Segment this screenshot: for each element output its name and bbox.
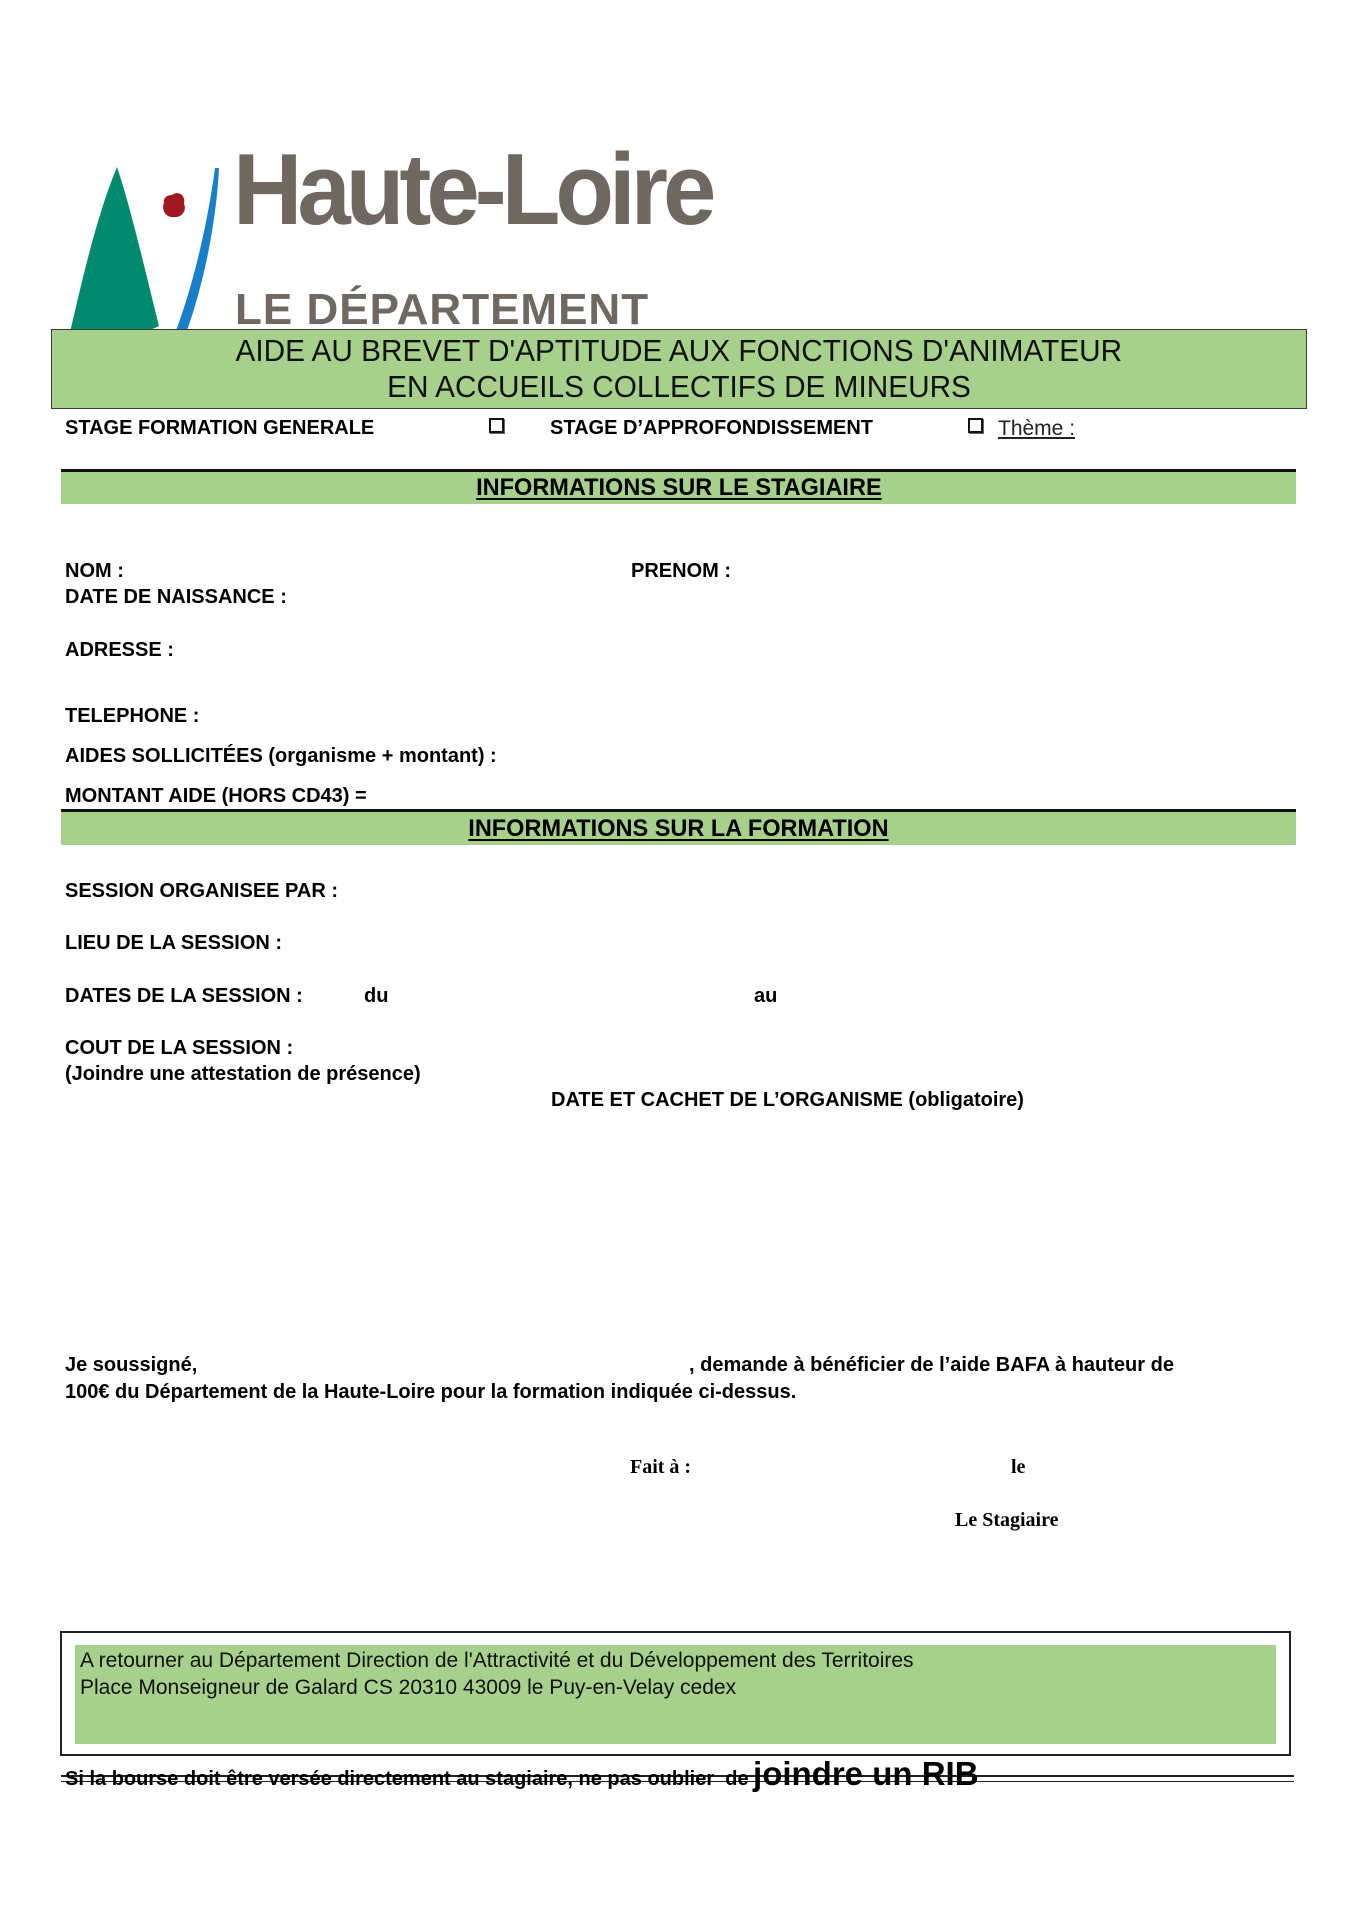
prenom-label: PRENOM :: [631, 561, 731, 581]
declaration-middle: , demande à bénéficier de l’aide BAFA à …: [689, 1355, 1174, 1375]
attestation-note: (Joindre une attestation de présence): [65, 1064, 421, 1084]
rib-note: Si la bourse doit être versée directemen…: [65, 1757, 979, 1790]
return-address-line2: Place Monseigneur de Galard CS 20310 430…: [80, 1674, 1271, 1701]
form-title-line1: AIDE AU BREVET D'APTITUDE AUX FONCTIONS …: [236, 333, 1123, 369]
date-naissance-label: DATE DE NAISSANCE :: [65, 587, 287, 607]
form-title-line2: EN ACCUEILS COLLECTIFS DE MINEURS: [387, 369, 971, 405]
fait-a-label: Fait à :: [630, 1456, 691, 1479]
lieu-session-label: LIEU DE LA SESSION :: [65, 933, 282, 953]
declaration-start: Je soussigné,: [65, 1355, 197, 1375]
montant-aide-label: MONTANT AIDE (HORS CD43) =: [65, 786, 367, 806]
dates-session-label: DATES DE LA SESSION :: [65, 986, 303, 1006]
cachet-organisme-label: DATE ET CACHET DE L’ORGANISME (obligatoi…: [551, 1090, 1024, 1110]
logo-mark-icon: [60, 150, 230, 350]
nom-label: NOM :: [65, 561, 124, 581]
return-address-box: A retourner au Département Direction de …: [60, 1631, 1291, 1756]
stage-approfondissement-checkbox[interactable]: [968, 418, 983, 433]
logo-subtitle: LE DÉPARTEMENT: [235, 288, 649, 332]
formation-section-title: INFORMATIONS SUR LA FORMATION: [468, 815, 888, 843]
declaration-line2: 100€ du Département de la Haute-Loire po…: [65, 1382, 796, 1402]
session-organisee-label: SESSION ORGANISEE PAR :: [65, 881, 338, 901]
return-address-panel: A retourner au Département Direction de …: [75, 1645, 1276, 1744]
logo-title: Haute-Loire: [233, 140, 711, 241]
stagiaire-section-header: INFORMATIONS SUR LE STAGIAIRE: [61, 469, 1296, 504]
stage-approfondissement-label: STAGE D’APPROFONDISSEMENT: [550, 418, 873, 438]
signataire-label: Le Stagiaire: [955, 1509, 1059, 1532]
aides-sollicitees-label: AIDES SOLLICITÉES (organisme + montant) …: [65, 746, 497, 766]
cout-session-label: COUT DE LA SESSION :: [65, 1038, 293, 1058]
stagiaire-section-title: INFORMATIONS SUR LE STAGIAIRE: [476, 474, 882, 502]
return-address-line1: A retourner au Département Direction de …: [80, 1647, 1271, 1674]
adresse-label: ADRESSE :: [65, 640, 174, 660]
date-au-label: au: [754, 986, 777, 1006]
stage-general-checkbox[interactable]: [489, 418, 504, 433]
rib-note-emphasis: joindre un RIB: [753, 1755, 979, 1792]
date-du-label: du: [364, 986, 388, 1006]
theme-label: Thème :: [998, 417, 1075, 441]
telephone-label: TELEPHONE :: [65, 706, 199, 726]
le-label: le: [1011, 1456, 1025, 1479]
form-title-box: AIDE AU BREVET D'APTITUDE AUX FONCTIONS …: [51, 329, 1307, 409]
rib-note-text: Si la bourse doit être versée directemen…: [65, 1768, 749, 1790]
formation-section-header: INFORMATIONS SUR LA FORMATION: [61, 809, 1296, 845]
stage-general-label: STAGE FORMATION GENERALE: [65, 418, 374, 438]
